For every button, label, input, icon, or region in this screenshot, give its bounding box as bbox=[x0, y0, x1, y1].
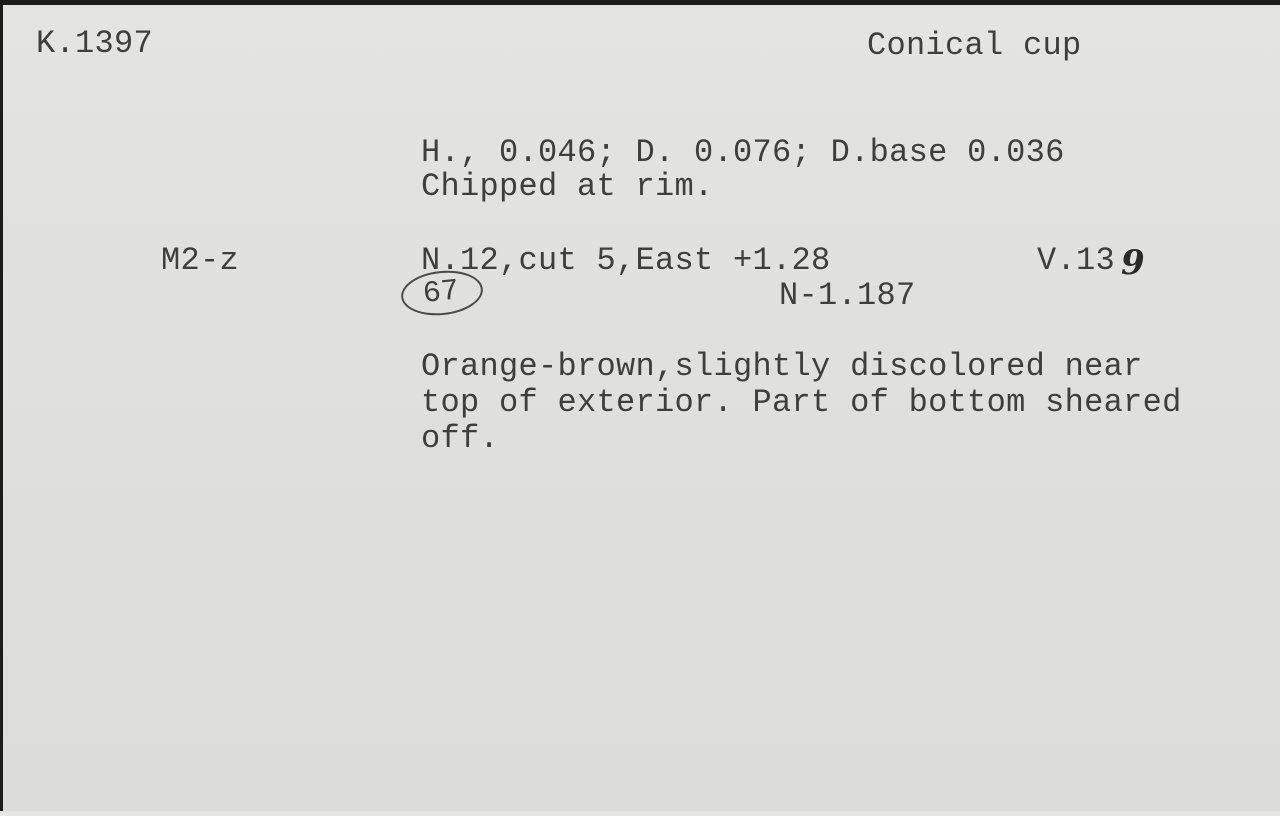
scan-bottom-edge bbox=[0, 811, 1280, 816]
findspot-line-2: N-1.187 bbox=[779, 278, 916, 314]
locus-code: M2-z bbox=[161, 243, 239, 279]
catalog-number: K.1397 bbox=[36, 26, 153, 62]
findspot-line-1: N.12,cut 5,East +1.28 bbox=[421, 243, 831, 279]
object-name: Conical cup bbox=[867, 28, 1082, 64]
condition-note: Chipped at rim. bbox=[421, 169, 714, 205]
description: Orange-brown,slightly discolored near to… bbox=[421, 349, 1182, 457]
handwritten-digit: 9 bbox=[1121, 243, 1145, 283]
volume-reference: V.13 bbox=[1037, 243, 1115, 279]
dimensions: H., 0.046; D. 0.076; D.base 0.036 bbox=[421, 135, 1065, 171]
circled-number-text: 67 bbox=[421, 273, 461, 313]
catalog-card: K.1397 Conical cup H., 0.046; D. 0.076; … bbox=[3, 5, 1280, 811]
